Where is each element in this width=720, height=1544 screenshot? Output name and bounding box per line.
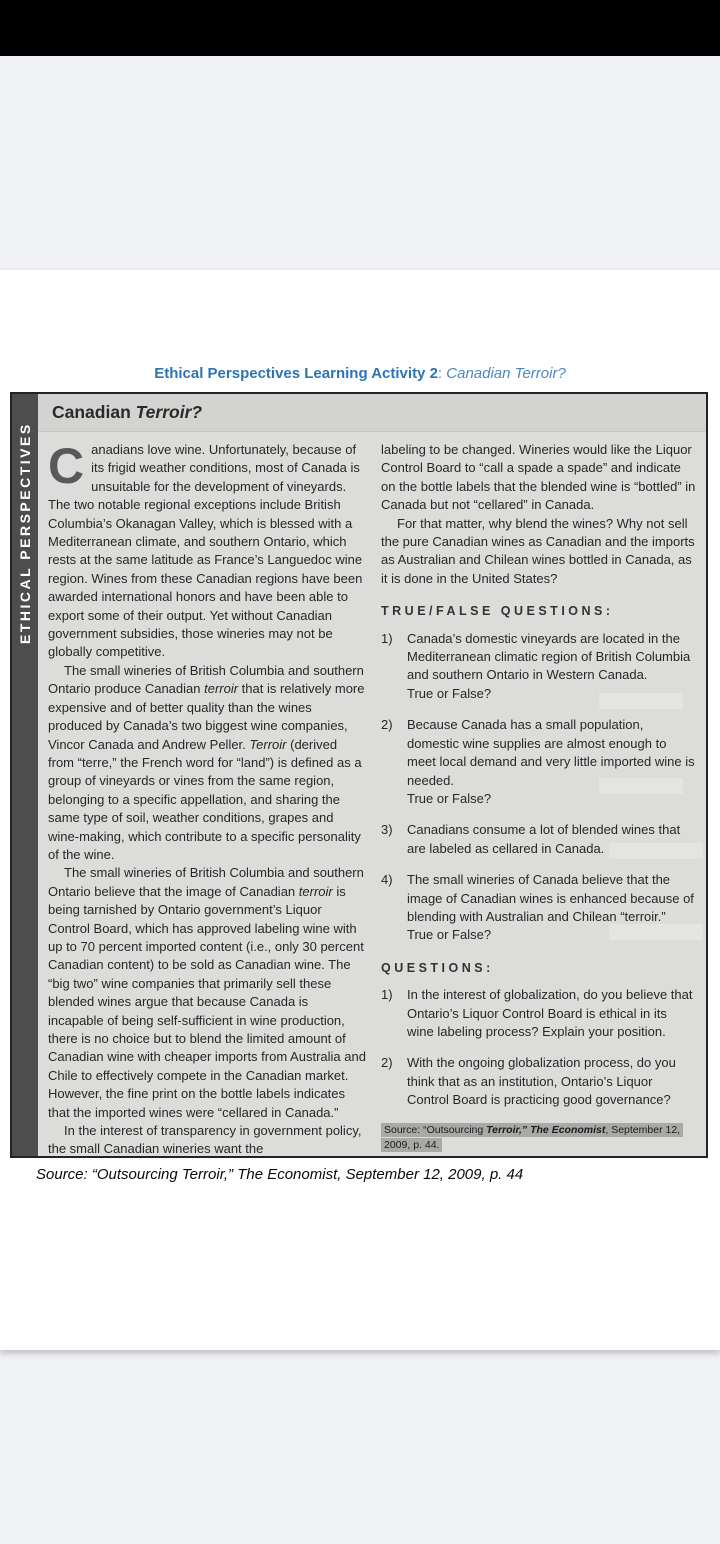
paragraph: The small wineries of British Columbia a… — [48, 662, 366, 864]
item-text: In the interest of globalization, do you… — [407, 986, 696, 1041]
article-column-left: Canadians love wine. Unfortunately, beca… — [48, 441, 366, 1159]
item-text: With the ongoing globalization process, … — [407, 1054, 696, 1109]
answer-blank — [599, 778, 683, 794]
item-number: 4) — [381, 871, 407, 945]
true-false-question: 2)Because Canada has a small population,… — [381, 716, 696, 808]
questions-heading: QUESTIONS: — [381, 959, 696, 977]
paragraph: In the interest of transparency in gover… — [48, 1122, 366, 1159]
paragraph: Canadians love wine. Unfortunately, beca… — [48, 441, 366, 662]
answer-blank — [609, 924, 703, 940]
item-number: 1) — [381, 630, 407, 704]
text-segment: is being tarnished by Ontario government… — [48, 884, 366, 1120]
discussion-question: 1)In the interest of globalization, do y… — [381, 986, 696, 1041]
dropcap: C — [48, 441, 91, 486]
discussion-question: 2)With the ongoing globalization process… — [381, 1054, 696, 1109]
activity-heading-bold: Ethical Perspectives Learning Activity 2 — [154, 365, 438, 382]
ethical-perspectives-sidebar: ETHICAL PERSPECTIVES — [12, 394, 38, 1156]
text-segment: anadians love wine. Unfortunately, becau… — [48, 442, 362, 659]
text-segment: labeling to be changed. Wineries would l… — [381, 442, 695, 512]
source-caption: Source: “Outsourcing Terroir,” The Econo… — [36, 1166, 523, 1183]
text-segment: terroir — [204, 681, 238, 696]
activity-heading: Ethical Perspectives Learning Activity 2… — [0, 364, 720, 384]
text-segment: The Economist — [530, 1124, 605, 1136]
source-highlight: Source: “Outsourcing Terroir,” The Econo… — [381, 1123, 696, 1153]
text-segment: With the ongoing globalization process, … — [407, 1055, 676, 1107]
activity-heading-italic: Canadian Terroir? — [446, 365, 566, 382]
text-segment: Terroir — [249, 737, 286, 752]
article-title: Canadian Terroir? — [38, 394, 706, 432]
top-letterbox-bar — [0, 0, 720, 56]
paragraph: labeling to be changed. Wineries would l… — [381, 441, 696, 515]
text-segment: The small wineries of Canada believe tha… — [407, 872, 694, 924]
sidebar-vertical-label: ETHICAL PERSPECTIVES — [17, 422, 33, 644]
activity-box-content: Canadian Terroir? Canadians love wine. U… — [38, 394, 706, 1156]
item-number: 2) — [381, 716, 407, 808]
document-page: Ethical Perspectives Learning Activity 2… — [0, 270, 720, 1350]
true-false-questions-heading: TRUE/FALSE QUESTIONS: — [381, 602, 696, 620]
text-segment: For that matter, why blend the wines? Wh… — [381, 516, 695, 586]
activity-box: ETHICAL PERSPECTIVES Canadian Terroir? C… — [10, 392, 708, 1158]
answer-blank — [609, 843, 703, 859]
two-column-text: Canadians love wine. Unfortunately, beca… — [38, 432, 706, 1159]
item-number: 1) — [381, 986, 407, 1041]
activity-heading-separator: : — [438, 365, 446, 382]
text-segment: Canada’s domestic vineyards are located … — [407, 631, 690, 683]
item-number: 3) — [381, 821, 407, 858]
text-segment: Source: “Outsourcing — [384, 1124, 486, 1136]
paragraph: The small wineries of British Columbia a… — [48, 864, 366, 1122]
article-title-italic: Terroir? — [136, 402, 202, 422]
answer-blank — [599, 693, 683, 709]
text-segment: terroir — [299, 884, 333, 899]
article-title-plain: Canadian — [52, 402, 136, 422]
text-segment: In the interest of transparency in gover… — [48, 1123, 361, 1156]
paragraph: For that matter, why blend the wines? Wh… — [381, 515, 696, 589]
text-segment: (derived from “terre,” the French word f… — [48, 737, 362, 862]
source-highlight-text: Source: “Outsourcing Terroir,” The Econo… — [381, 1123, 683, 1152]
text-segment: Terroir,” — [486, 1124, 527, 1136]
item-text: Because Canada has a small population, d… — [407, 716, 696, 808]
article-column-right: labeling to be changed. Wineries would l… — [381, 441, 696, 1159]
item-number: 2) — [381, 1054, 407, 1109]
text-segment: In the interest of globalization, do you… — [407, 987, 692, 1039]
text-segment: Because Canada has a small population, d… — [407, 717, 695, 787]
